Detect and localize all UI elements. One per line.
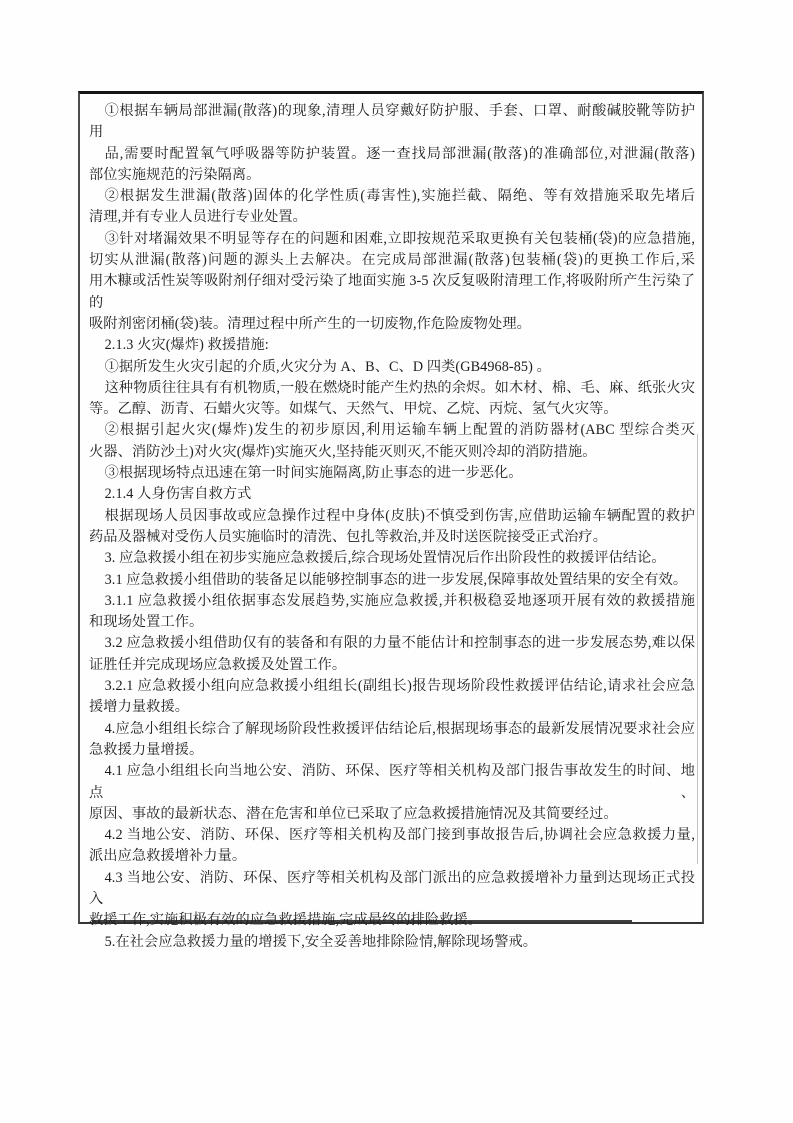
text-line: ②根据引起火灾(爆炸)发生的初步原因,利用运输车辆上配置的消防器材(ABC 型综… — [89, 420, 695, 441]
text-line: 原因、事故的最新状态、潜在危害和单位已采取了应急救援措施情况及其简要经过。 — [89, 804, 695, 825]
text-line: 4.3 当地公安、消防、环保、医疗等相关机构及部门派出的应急救援增补力量到达现场… — [89, 868, 695, 911]
text-line: 切实从泄漏(散落)问题的源头上去解决。在完成局部泄漏(散落)包装桶(袋)的更换工… — [89, 250, 695, 271]
text-line: 吸附剂密闭桶(袋)装。清理过程中所产生的一切废物,作危险废物处理。 — [89, 314, 695, 335]
text-line: 4.1 应急小组组长向当地公安、消防、环保、医疗等相关机构及部门报告事故发生的时… — [89, 761, 695, 804]
scanned-document-page: ①根据车辆局部泄漏(散落)的现象,清理人员穿戴好防护服、手套、口罩、耐酸碱胶靴等… — [0, 0, 793, 1123]
text-line: 等。乙醇、沥青、石蜡火灾等。如煤气、天然气、甲烷、乙烷、丙烷、氢气火灾等。 — [89, 399, 695, 420]
text-line: 这种物质往往具有有机物质,一般在燃烧时能产生灼热的余烬。如木材、棉、毛、麻、纸张… — [89, 378, 695, 399]
text-line: ③根据现场特点迅速在第一时间实施隔离,防止事态的进一步恶化。 — [89, 463, 695, 484]
document-body-text: ①根据车辆局部泄漏(散落)的现象,清理人员穿戴好防护服、手套、口罩、耐酸碱胶靴等… — [89, 101, 695, 953]
text-line: 3.2 应急救援小组借助仅有的装备和有限的力量不能估计和控制事态的进一步发展态势… — [89, 633, 695, 654]
text-line: 2.1.3 火灾(爆炸) 救援措施: — [89, 335, 695, 356]
text-line: 急救援力量增援。 — [89, 740, 695, 761]
text-line: ①据所发生火灾引起的介质,火灾分为 A、B、C、D 四类(GB4968-85) … — [89, 357, 695, 378]
text-line: 3.1 应急救援小组借助的装备足以能够控制事态的进一步发展,保障事故处置结果的安… — [89, 570, 695, 591]
text-line: 3. 应急救援小组在初步实施应急救援后,综合现场处置情况后作出阶段性的救援评估结… — [89, 548, 695, 569]
text-line: 4.应急小组组长综合了解现场阶段性救援评估结论后,根据现场事态的最新发展情况要求… — [89, 719, 695, 740]
text-line: 用木糠或活性炭等吸附剂仔细对受污染了地面实施 3-5 次反复吸附清理工作,将吸附… — [89, 271, 695, 314]
text-line: 根据现场人员因事故或应急操作过程中身体(皮肤)不慎受到伤害,应借助运输车辆配置的… — [89, 506, 695, 527]
text-line: 用 — [89, 122, 695, 143]
text-line: 援增力量救援。 — [89, 697, 695, 718]
text-line: 品,需要时配置氧气呼吸器等防护装置。逐一查找局部泄漏(散落)的准确部位,对泄漏(… — [89, 144, 695, 165]
text-line: 证胜任并完成现场应急救援及处置工作。 — [89, 655, 695, 676]
text-line: 3.1.1 应急救援小组依据事态发展趋势,实施应急救援,并积极稳妥地逐项开展有效… — [89, 591, 695, 612]
text-line: 救援工作,实施积极有效的应急救援措施,完成最终的排险救援。 — [89, 910, 695, 931]
text-line: 3.2.1 应急救援小组向应急救援小组组长(副组长)报告现场阶段性救援评估结论,… — [89, 676, 695, 697]
text-line: 5.在社会应急救援力量的增援下,安全妥善地排除险情,解除现场警戒。 — [89, 932, 695, 953]
document-table-cell: ①根据车辆局部泄漏(散落)的现象,清理人员穿戴好防护服、手套、口罩、耐酸碱胶靴等… — [78, 91, 704, 924]
text-line: 2.1.4 人身伤害自救方式 — [89, 484, 695, 505]
text-line: ①根据车辆局部泄漏(散落)的现象,清理人员穿戴好防护服、手套、口罩、耐酸碱胶靴等… — [89, 101, 695, 122]
text-line: 部位实施规范的污染隔离。 — [89, 165, 695, 186]
text-line: ③针对堵漏效果不明显等存在的问题和困难,立即按规范采取更换有关包装桶(袋)的应急… — [89, 229, 695, 250]
text-line: 派出应急救援增补力量。 — [89, 846, 695, 867]
text-line: 药品及器械对受伤人员实施临时的清洗、包扎等救治,并及时送医院接受正式治疗。 — [89, 527, 695, 548]
text-line: 火器、消防沙土)对火灾(爆炸)实施灭火,坚持能灭则灭,不能灭则冷却的消防措施。 — [89, 442, 695, 463]
text-line: 4.2 当地公安、消防、环保、医疗等相关机构及部门接到事故报告后,协调社会应急救… — [89, 825, 695, 846]
text-line: 清理,并有专业人员进行专业处置。 — [89, 207, 695, 228]
text-line: 和现场处置工作。 — [89, 612, 695, 633]
text-line: ②根据发生泄漏(散落)固体的化学性质(毒害性),实施拦截、隔绝、等有效措施采取先… — [89, 186, 695, 207]
